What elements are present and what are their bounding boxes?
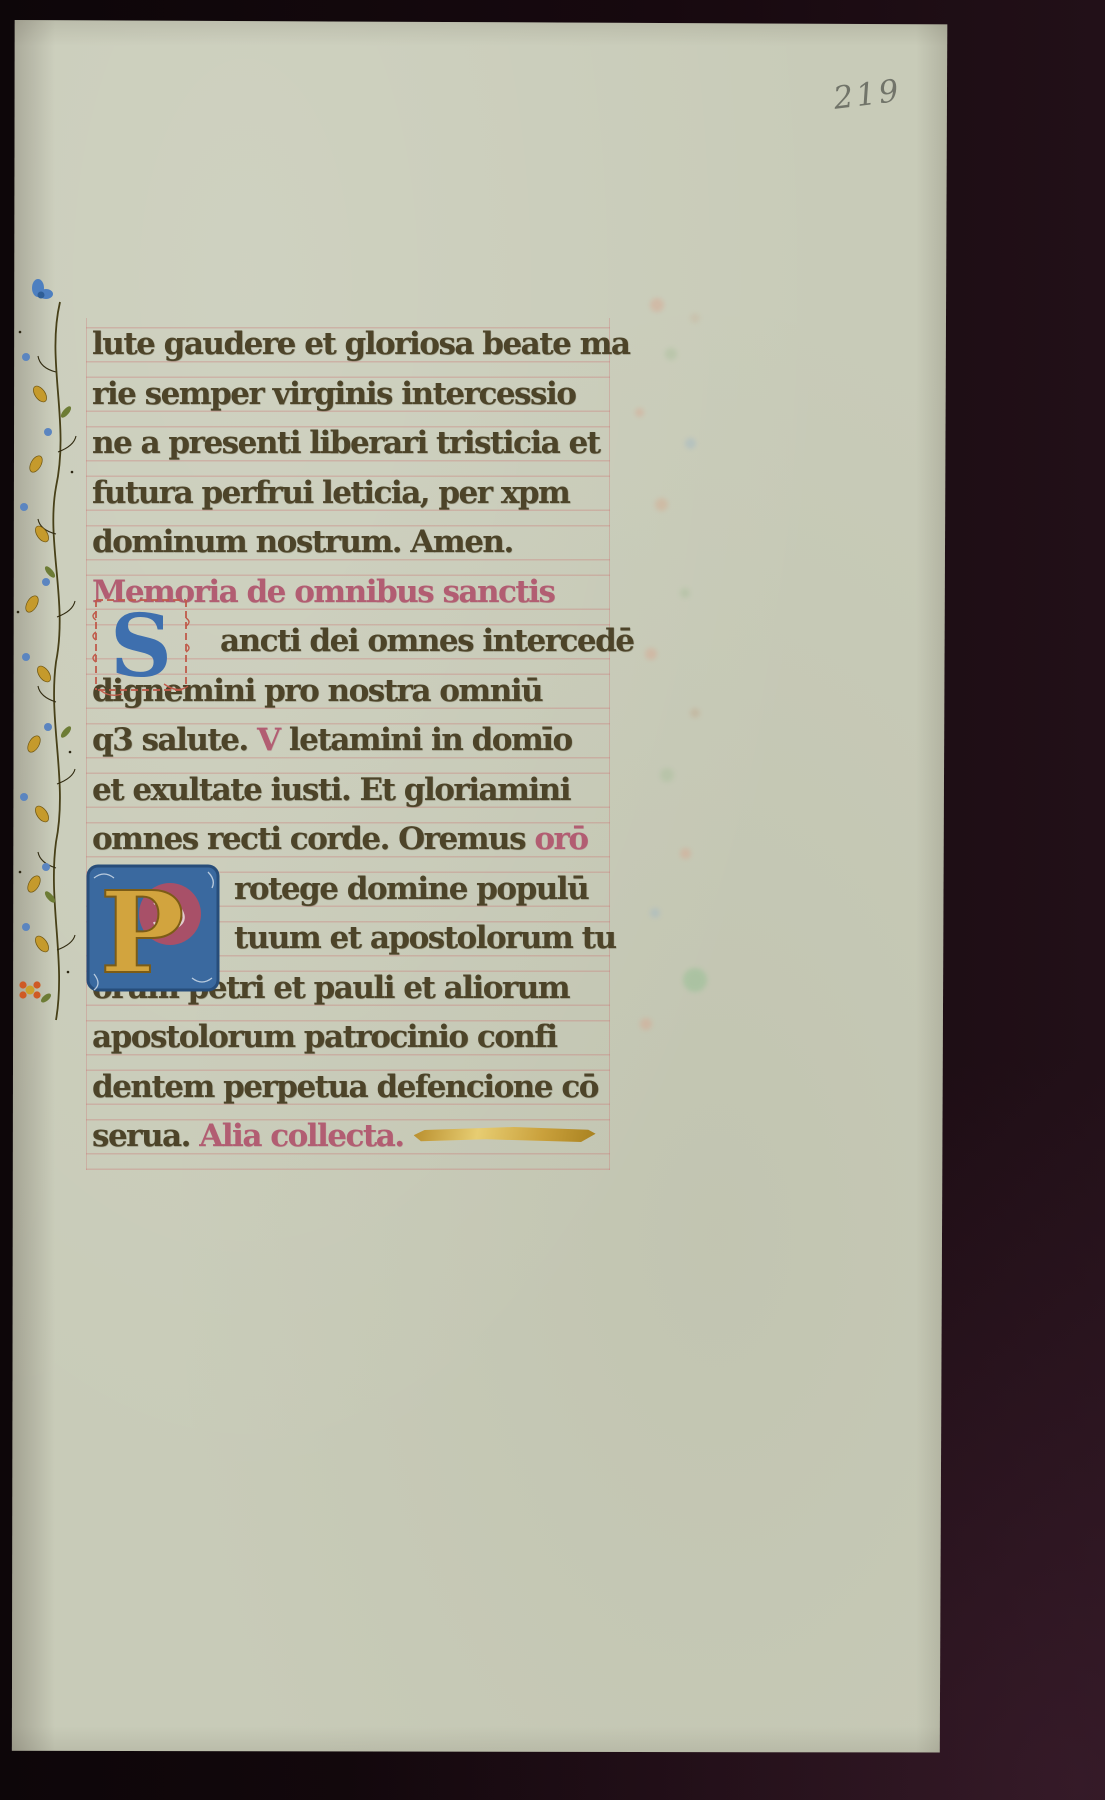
text-segment: ne a presenti liberari tristicia et: [92, 425, 600, 461]
text-segment: rotege domine populū: [234, 871, 588, 907]
oratio-mark: orō: [534, 821, 587, 857]
text-segment: dominum nostrum. Amen.: [92, 524, 513, 560]
text-segment: letamini in domīo: [289, 722, 572, 758]
text-segment: tuum et apostolorum tu: [234, 920, 616, 956]
versicle-mark: V: [257, 722, 289, 758]
text-block: lute gaudere et gloriosa beate ma rie se…: [92, 320, 608, 1162]
blue-flower-icon: [32, 279, 53, 299]
manuscript-page: 219: [10, 20, 952, 1756]
text-segment: et exultate iusti. Et gloriamini: [92, 772, 570, 808]
text-segment: ancti dei omnes intercedē: [220, 623, 634, 659]
text-segment: serua.: [92, 1118, 199, 1154]
gold-line-filler: [414, 1127, 596, 1142]
text-line: serua. Alia collecta.: [92, 1112, 608, 1162]
text-line: rie semper virginis intercessio: [92, 370, 608, 420]
text-line: dentem perpetua defencione cō: [92, 1063, 608, 1113]
text-line: apostolorum patrocinio confi: [92, 1013, 608, 1063]
text-line: q3 salute. V letamini in domīo: [92, 716, 608, 766]
text-line: omnes recti corde. Oremus orō: [92, 815, 608, 865]
showthrough-ghost: [595, 288, 755, 1078]
text-line: futura perfrui leticia, per xpm: [92, 469, 608, 519]
text-segment: dentem perpetua defencione cō: [92, 1069, 598, 1105]
initial-s-letter: S: [110, 596, 172, 697]
text-segment: futura perfrui leticia, per xpm: [92, 475, 569, 511]
orange-flower-icon: [19, 981, 52, 1004]
text-line: et exultate iusti. Et gloriamini: [92, 766, 608, 816]
text-segment: q3 salute.: [92, 722, 257, 758]
manuscript-photo: 219: [0, 0, 1105, 1800]
illuminated-initial-s: S: [86, 592, 204, 700]
text-line: dominum nostrum. Amen.: [92, 518, 608, 568]
folio-number: 219: [831, 71, 916, 126]
text-segment: apostolorum patrocinio confi: [92, 1019, 557, 1055]
text-segment: rie semper virginis intercessio: [92, 376, 575, 412]
text-segment: omnes recti corde. Oremus: [92, 821, 534, 857]
rubric-text: Alia collecta.: [199, 1118, 403, 1154]
initial-p-letter: P: [100, 868, 184, 994]
text-line: lute gaudere et gloriosa beate ma: [92, 320, 608, 370]
text-segment: lute gaudere et gloriosa beate ma: [92, 326, 630, 362]
illuminated-initial-p: P: [84, 862, 222, 994]
text-line: ne a presenti liberari tristicia et: [92, 419, 608, 469]
